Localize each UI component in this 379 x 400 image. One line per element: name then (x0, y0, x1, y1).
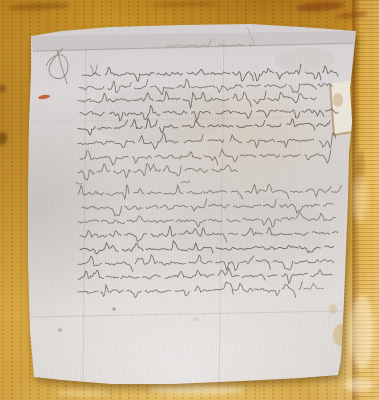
script-line (80, 149, 331, 165)
marginal-mark (304, 283, 324, 289)
stain (58, 328, 62, 332)
script-line (78, 268, 332, 283)
marginal-mark (181, 181, 190, 183)
paper-shadow (0, 0, 379, 400)
photo-of-manuscript (0, 0, 379, 400)
script-line (78, 184, 341, 199)
fold-crease (31, 311, 342, 317)
flourish-mark (46, 48, 68, 79)
manuscript-paper (0, 0, 379, 400)
stain (329, 304, 337, 314)
marginal-mark (76, 182, 82, 184)
stain (38, 94, 50, 100)
fold-crease (83, 46, 86, 380)
marginal-mark (90, 65, 97, 74)
script-line (79, 79, 333, 94)
stain (333, 324, 349, 346)
manuscript-ink-layer (0, 0, 379, 400)
tear-smudge (333, 93, 343, 107)
stain (340, 351, 350, 363)
stain (112, 307, 115, 310)
script-line (78, 164, 238, 180)
stain (193, 317, 199, 321)
script-line (78, 281, 302, 297)
